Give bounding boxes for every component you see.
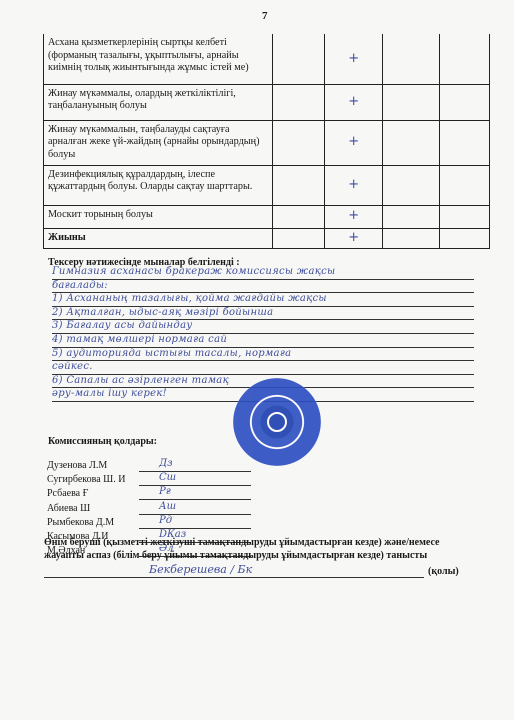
empty-cell [273,205,325,228]
member-signature: Сш [159,472,176,483]
signature-line [139,514,251,515]
empty-cell [439,228,489,248]
empty-cell [273,120,325,165]
signature-line [139,499,251,500]
empty-cell [439,120,489,165]
empty-cell [439,165,489,205]
table-row: Жиыны+ [44,228,490,248]
producer-signature-line: Бекберешева / Бк [44,565,424,578]
member-name: Дузенова Л.М [47,460,107,471]
empty-cell [439,84,489,120]
signature-line [139,485,251,486]
table-row: Дезинфекциялық құралдардың, ілеспе құжат… [44,165,490,205]
member-signature: Дз [159,458,173,469]
empty-cell [382,165,439,205]
producer-handwritten-signature: Бекберешева / Бк [149,563,252,576]
handwritten-line: 2) Ақталған, ыдыс-аяқ мәзірі бойынша [52,307,474,321]
member-name: Рсбаева Ғ [47,488,88,499]
commission-member: Рсбаева ҒРғ [47,488,247,502]
criterion-cell: Жиыны [44,228,273,248]
table-row: Москит торының болуы+ [44,205,490,228]
member-signature: Аш [159,501,176,512]
handwritten-line: Гимназия асханасы бракераж комиссиясы жа… [52,266,474,280]
table-row: Жинау мүкәммалы, олардың жеткіліктілігі,… [44,84,490,120]
criterion-cell: Асхана қызметкерлерінің сыртқы келбеті (… [44,34,273,84]
criterion-cell: Москит торының болуы [44,205,273,228]
inspection-checklist-table: Асхана қызметкерлерінің сыртқы келбеті (… [43,34,490,249]
handwritten-line: 5) аудиторияда ыстығы тасалы, нормаға [52,348,474,362]
signature-line [139,528,251,529]
empty-cell [382,205,439,228]
page-number: 7 [262,10,268,22]
handwritten-line: бағалады: [52,280,474,294]
handwritten-line: 3) Бағалау асы дайындау [52,320,474,334]
table-row: Жинау мүкәммалын, таңбалауды сақтауға ар… [44,120,490,165]
empty-cell [273,228,325,248]
member-name: Сугирбекова Ш. И [47,474,125,485]
mark-cell: + [325,120,382,165]
empty-cell [439,205,489,228]
table-row: Асхана қызметкерлерінің сыртқы келбеті (… [44,34,490,84]
commission-signatures-label: Комиссияның қолдары: [48,436,157,447]
commission-member: Дузенова Л.МДз [47,460,247,474]
member-signature: Рғ [159,486,171,497]
mark-cell: + [325,165,382,205]
signature-label: (қолы) [428,566,459,577]
handwritten-line: сәйкес. [52,361,474,375]
member-name: Абиева Ш [47,503,90,514]
emblem-icon [267,412,287,432]
handwritten-line: 4) тамақ мөлшері нормаға сай [52,334,474,348]
empty-cell [273,84,325,120]
empty-cell [273,34,325,84]
commission-member: Рымбекова Д.МРд [47,517,247,531]
mark-cell: + [325,34,382,84]
commission-member: Абиева ШАш [47,503,247,517]
producer-acknowledgement-text: Өнім беруші (қызметті жеткізуші тамақтан… [44,537,474,562]
signature-line [139,471,251,472]
handwritten-line: 1) Асхананың тазалығы, қойма жағдайы жақ… [52,293,474,307]
empty-cell [273,165,325,205]
empty-cell [439,34,489,84]
commission-member: Сугирбекова Ш. ИСш [47,474,247,488]
empty-cell [382,34,439,84]
member-name: Рымбекова Д.М [47,517,114,528]
mark-cell: + [325,84,382,120]
mark-cell: + [325,228,382,248]
empty-cell [382,228,439,248]
criterion-cell: Жинау мүкәммалын, таңбалауды сақтауға ар… [44,120,273,165]
empty-cell [382,120,439,165]
criterion-cell: Жинау мүкәммалы, олардың жеткіліктілігі,… [44,84,273,120]
official-stamp [233,378,321,466]
mark-cell: + [325,205,382,228]
member-signature: Рд [159,515,172,526]
empty-cell [382,84,439,120]
criterion-cell: Дезинфекциялық құралдардың, ілеспе құжат… [44,165,273,205]
